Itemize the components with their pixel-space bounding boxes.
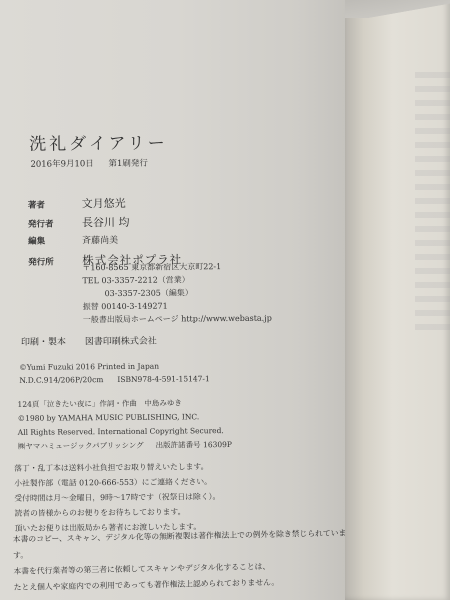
colophon-page: 洗礼ダイアリー 2016年9月10日 第1刷発行 著者 文月悠光 発行者 長谷川… [0, 0, 350, 600]
page-corner-shadow [345, 0, 450, 18]
credit-row-author: 著者 文月悠光 [28, 194, 182, 214]
book-title: 洗礼ダイアリー [29, 129, 168, 155]
edition-info: 2016年9月10日 第1刷発行 [30, 157, 148, 170]
ndc-code: N.D.C.914/206P/20cm [19, 375, 103, 385]
copy-prohibition-notice: 本書のコピー、スキャン、デジタル化等の無断複製は著作権法上での例外を除き禁じられ… [13, 525, 356, 596]
permission-number: 出版許諾番号 16309P [156, 440, 232, 450]
adjacent-page-edge [345, 0, 450, 600]
music-permission-line: ㈱ヤマハミュージックパブリッシング出版許諾番号 16309P [18, 438, 232, 454]
credit-row-publisher-person: 発行者 長谷川 均 [28, 213, 182, 233]
isbn: ISBN978-4-591-15147-1 [117, 374, 209, 384]
credit-label: 著者 [28, 198, 82, 210]
credit-label: 編集 [28, 234, 82, 246]
printing-label: 印刷・製本 [21, 337, 66, 347]
classification-line: N.D.C.914/206P/20cmISBN978-4-591-15147-1 [19, 372, 209, 387]
credit-label: 発行所 [28, 255, 82, 267]
credit-value: 文月悠光 [82, 195, 126, 211]
publisher-details: 〒160-8565 東京都新宿区大京町22-1 TEL 03-3357-2212… [82, 260, 272, 327]
notice-line: 受付時間は月～金曜日，9時～17時です（祝祭日は除く）。 [14, 489, 220, 506]
printing-info: 印刷・製本 図書印刷株式会社 [21, 334, 157, 348]
credit-row-editor: 編集 斉藤尚美 [28, 232, 182, 252]
show-through-text [415, 70, 450, 330]
copyright-block: ©Yumi Fuzuki 2016 Printed in Japan N.D.C… [19, 359, 210, 387]
publisher-homepage: 一般書出版局ホームページ http://www.webasta.jp [83, 312, 272, 327]
credit-value: 斉藤尚美 [82, 233, 118, 246]
music-credit-block: 124頁「泣きたい夜に」作詞・作曲 中島みゆき ©1980 by YAMAHA … [17, 396, 232, 454]
colophon-content: 洗礼ダイアリー 2016年9月10日 第1刷発行 著者 文月悠光 発行者 長谷川… [0, 0, 355, 600]
credit-label: 発行者 [28, 217, 82, 229]
edition-date: 2016年9月10日 [30, 159, 93, 170]
credit-value: 長谷川 均 [82, 214, 130, 230]
reader-notice: 落丁・乱丁本は送料小社負担でお取り替えいたします。 小社製作部（電話 0120-… [14, 459, 221, 536]
printing-company: 図書印刷株式会社 [85, 337, 157, 348]
music-publisher: ㈱ヤマハミュージックパブリッシング [18, 441, 144, 451]
edition-label: 第1刷発行 [108, 159, 148, 169]
